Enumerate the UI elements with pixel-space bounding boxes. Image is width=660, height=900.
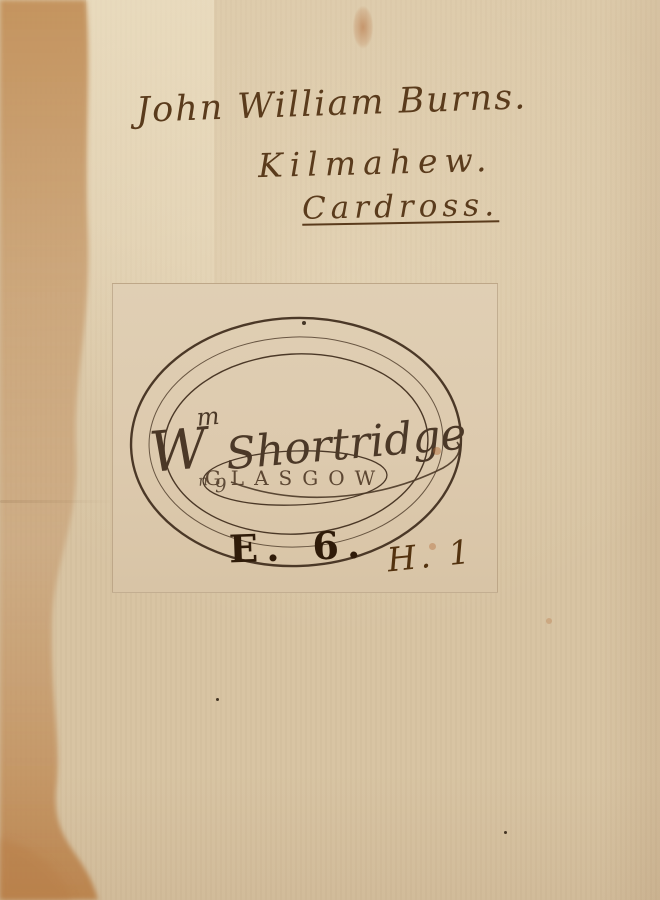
glasgow-text: GLASGOW: [205, 466, 385, 490]
ink-speck: [504, 831, 507, 834]
inscription-house: Kilmahew.: [258, 140, 494, 185]
left-damp-stain: [0, 0, 130, 900]
shelfmark-left: E. 6.: [228, 522, 369, 572]
endpaper-photo: John William Burns. Kilmahew. Cardross. …: [0, 0, 660, 900]
foxing-spot: [546, 618, 552, 624]
inscription-name: John William Burns.: [135, 77, 527, 131]
foxing-streak-top: [349, 4, 377, 62]
inscription-town: Cardross.: [302, 187, 500, 226]
fold-crease: [0, 500, 116, 503]
ink-speck: [216, 698, 219, 701]
owner-superscript-text: m: [195, 402, 220, 432]
bookplate-label: W m n 9 Shortridge GLASGOW E. 6. H. 1: [112, 283, 498, 593]
